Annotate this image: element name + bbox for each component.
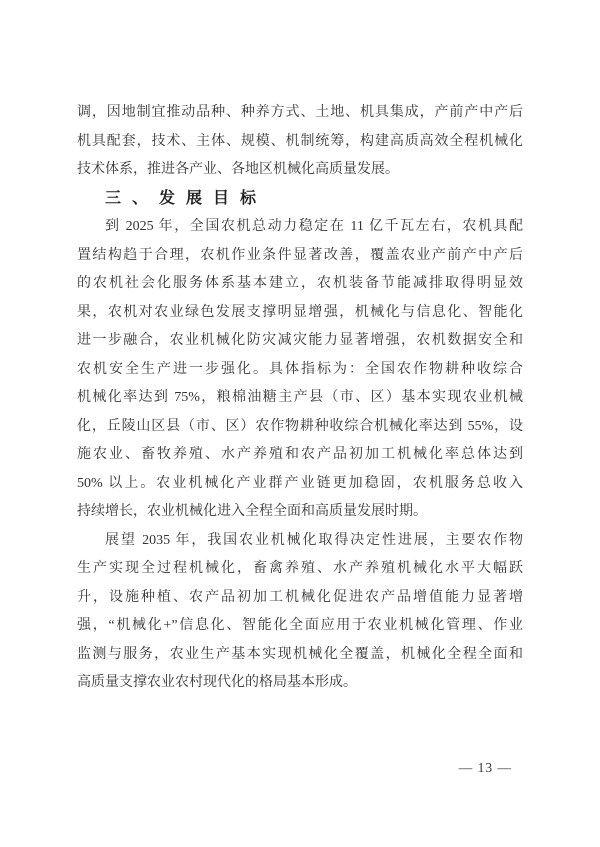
text-line: 机械化率达到 75%，粮棉油糖主产县（市、区）基本实现农业机械 xyxy=(77,384,523,413)
document-page: 调，因地制宜推动品种、种养方式、土地、机具集成，产前产中产后机具配套，技术、主体… xyxy=(0,0,600,847)
text-line: 到 2025 年，全国农机总动力稳定在 11 亿千瓦左右，农机具配 xyxy=(77,213,523,242)
text-line: 监测与服务，农业生产基本实现机械化全覆盖，机械化全程全面和 xyxy=(77,641,523,670)
document-body: 调，因地制宜推动品种、种养方式、土地、机具集成，产前产中产后机具配套，技术、主体… xyxy=(77,99,523,698)
page-number: — 13 — xyxy=(459,760,512,776)
text-line: 强，“机械化+”信息化、智能化全面应用于农业机械化管理、作业 xyxy=(77,612,523,641)
text-line: 的农机社会化服务体系基本建立，农机装备节能减排取得明显效 xyxy=(77,270,523,299)
text-line: 进一步融合，农业机械化防灾减灾能力显著增强，农机数据安全和 xyxy=(77,327,523,356)
text-line: 农机安全生产进一步强化。具体指标为：全国农作物耕种收综合 xyxy=(77,356,523,385)
text-line: 升，设施种植、农产品初加工机械化促进农产品增值能力显著增 xyxy=(77,584,523,613)
text-line: 果，农机对农业绿色发展支撑明显增强，机械化与信息化、智能化 xyxy=(77,299,523,328)
text-line: 置结构趋于合理，农机作业条件显著改善，覆盖农业产前产中产后 xyxy=(77,242,523,271)
section-heading: 三、发展目标 xyxy=(77,185,523,214)
text-line: 50% 以上。农业机械化产业群产业链更加稳固，农机服务总收入 xyxy=(77,470,523,499)
text-line: 生产实现全过程机械化，畜禽养殖、水产养殖机械化水平大幅跃 xyxy=(77,555,523,584)
text-line: 技术体系，推进各产业、各地区机械化高质量发展。 xyxy=(77,156,523,185)
text-line: 化，丘陵山区县（市、区）农作物耕种收综合机械化率达到 55%，设 xyxy=(77,413,523,442)
text-line: 展望 2035 年，我国农业机械化取得决定性进展，主要农作物 xyxy=(77,527,523,556)
text-line: 机具配套，技术、主体、规模、机制统筹，构建高质高效全程机械化 xyxy=(77,128,523,157)
text-line: 高质量支撑农业农村现代化的格局基本形成。 xyxy=(77,669,523,698)
text-line: 调，因地制宜推动品种、种养方式、土地、机具集成，产前产中产后 xyxy=(77,99,523,128)
text-line: 施农业、畜牧养殖、水产养殖和农产品初加工机械化率总体达到 xyxy=(77,441,523,470)
text-line: 持续增长，农业机械化进入全程全面和高质量发展时期。 xyxy=(77,498,523,527)
